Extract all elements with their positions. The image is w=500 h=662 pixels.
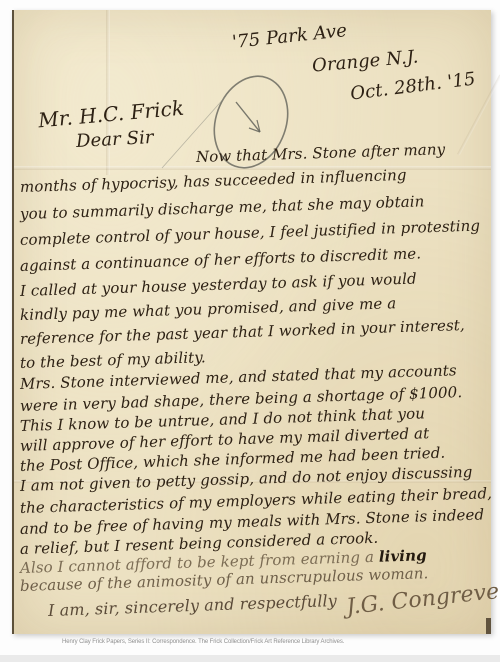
letter-paper: '75 Park Ave Orange N.J. Oct. 28th. '15 …	[12, 10, 491, 634]
address-line-2: Orange N.J.	[311, 46, 419, 76]
signature: J.G. Congreve	[345, 579, 500, 620]
bottom-strip	[0, 655, 500, 662]
recipient-line: Mr. H.C. Frick	[37, 96, 185, 133]
address-line-1: '75 Park Ave	[231, 20, 348, 53]
scan-background: '75 Park Ave Orange N.J. Oct. 28th. '15 …	[0, 0, 500, 662]
paper-crease-horizontal	[14, 166, 491, 170]
letter-line: you to summarily discharge me, that she …	[20, 192, 425, 223]
archive-caption: Henry Clay Frick Papers, Series II: Corr…	[62, 639, 344, 645]
salutation-line: Dear Sir	[76, 127, 155, 152]
letter-line: to the best of my ability.	[20, 348, 206, 372]
letter-line: Now that Mrs. Stone after many	[196, 140, 446, 166]
letter-line: months of hypocrisy, has succeeded in in…	[20, 166, 407, 196]
closing-line: I am, sir, sincerely and respectfully	[48, 591, 337, 620]
paper-edge-notch	[486, 618, 491, 634]
inserted-word: living	[379, 546, 427, 565]
date-line: Oct. 28th. '15	[349, 68, 477, 104]
